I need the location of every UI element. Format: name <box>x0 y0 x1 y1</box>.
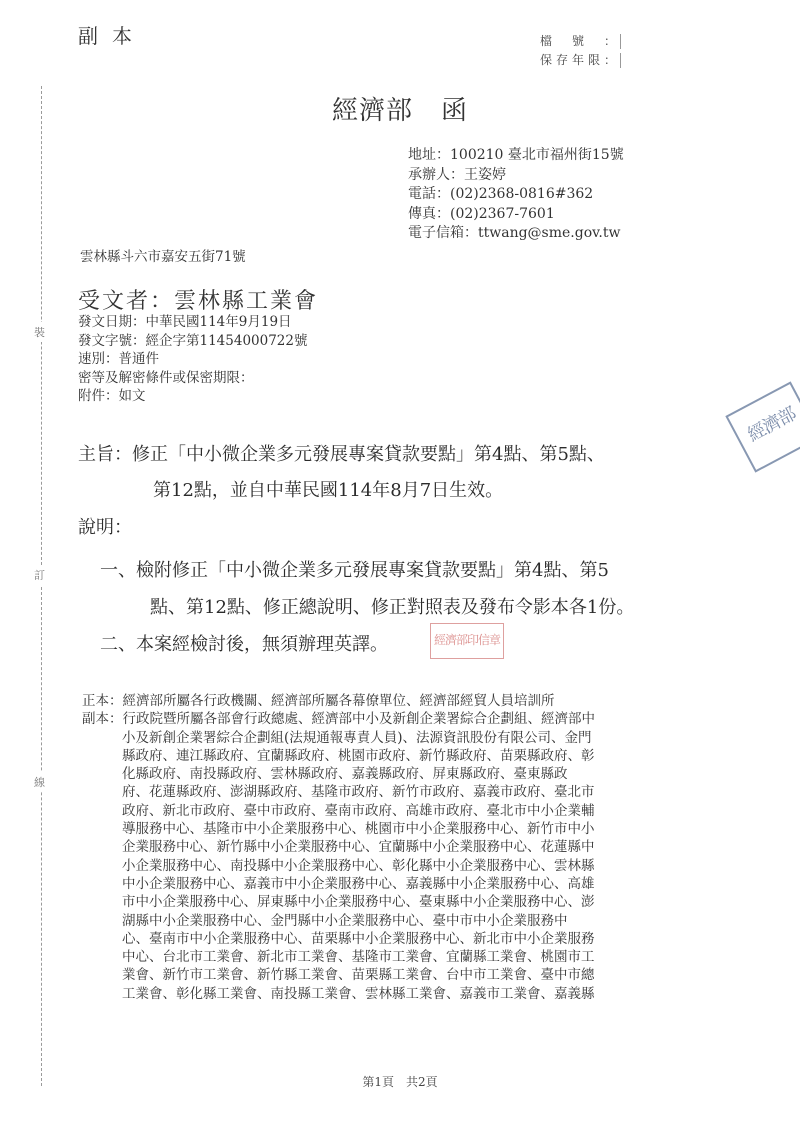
distribution-copy-line: 小及新創企業署綜合企劃組(法規通報專責人員)、法源資訊股份有限公司、金門 <box>82 729 595 747</box>
contact-phone: 電話：(02)2368-0816#362 <box>408 185 624 205</box>
binding-mark-ding: 訂 <box>34 565 45 585</box>
subject-line-1: 主旨：修正「中小微企業多元發展專案貸款要點」第4點、第5點、 <box>78 437 605 473</box>
contact-block: 地址：100210 臺北市福州街15號 承辦人：王姿婷 電話：(02)2368-… <box>408 146 624 244</box>
retention-label: 保存年限： <box>540 51 616 70</box>
distribution-main: 正本：經濟部所屬各行政機關、經濟部所屬各幕僚單位、經濟部經貿人員培訓所 <box>82 692 595 710</box>
issue-date: 發文日期：中華民國114年9月19日 <box>78 313 307 332</box>
attachment: 附件：如文 <box>78 387 307 406</box>
file-number-label: 檔號： <box>540 32 616 51</box>
confidentiality: 密等及解密條件或保密期限： <box>78 369 307 388</box>
contact-fax: 傳真：(02)2367-7601 <box>408 205 624 225</box>
distribution-copy-line: 小企業服務中心、南投縣中小企業服務中心、彰化縣中小企業服務中心、雲林縣 <box>82 857 595 875</box>
recipient: 受文者：雲林縣工業會 <box>78 284 318 315</box>
binding-line <box>41 86 42 1086</box>
explanation-item-1-line-1: 一、檢附修正「中小微企業多元發展專案貸款要點」第4點、第5 <box>100 552 634 589</box>
page-total: 共2頁 <box>406 1075 438 1089</box>
file-info: 檔號： 保存年限： <box>540 32 621 70</box>
recipient-address: 雲林縣斗六市嘉安五街71號 <box>80 245 246 265</box>
speed-class: 速別：普通件 <box>78 350 307 369</box>
document-title: 經濟部函 <box>0 90 800 127</box>
page-footer: 第1頁共2頁 <box>0 1073 800 1090</box>
doc-type: 函 <box>441 96 468 126</box>
retention-value <box>616 53 621 68</box>
distribution-copy-line: 業會、新竹市工業會、新竹縣工業會、苗栗縣工業會、台中市工業會、臺中市總 <box>82 966 595 984</box>
document-meta: 發文日期：中華民國114年9月19日 發文字號：經企字第11454000722號… <box>78 313 307 406</box>
distribution-copy-line: 縣政府、連江縣政府、宜蘭縣政府、桃園市政府、新竹縣政府、苗栗縣政府、彰 <box>82 747 595 765</box>
contact-email: 電子信箱：ttwang@sme.gov.tw <box>408 224 624 244</box>
distribution-copy-line: 心、臺南市中小企業服務中心、苗栗縣中小企業服務中心、新北市中小企業服務 <box>82 930 595 948</box>
page-number: 第1頁 <box>362 1075 394 1089</box>
explanation-item-1-line-2: 點、第12點、修正總說明、修正對照表及發布令影本各1份。 <box>100 589 634 626</box>
agency-name: 經濟部 <box>332 96 413 126</box>
distribution-copy-line: 化縣政府、南投縣政府、雲林縣政府、嘉義縣政府、屏東縣政府、臺東縣政 <box>82 765 595 783</box>
contact-handler: 承辦人：王姿婷 <box>408 166 624 186</box>
distribution-copy-line: 企業服務中心、新竹縣中小企業服務中心、宜蘭縣中小企業服務中心、花蓮縣中 <box>82 838 595 856</box>
distribution-copy-line: 府、花蓮縣政府、澎湖縣政府、基隆市政府、新竹市政府、嘉義市政府、臺北市 <box>82 783 595 801</box>
binding-mark-zhuang: 裝 <box>34 322 45 342</box>
contact-address: 地址：100210 臺北市福州街15號 <box>408 146 624 166</box>
explanation-heading: 說明： <box>78 513 132 539</box>
ministry-seal-stamp: 經濟部 <box>725 381 800 472</box>
signature-seal-stamp: 經濟部印信章 <box>430 623 504 659</box>
copy-mark: 副本 <box>78 20 146 49</box>
doc-number: 發文字號：經企字第11454000722號 <box>78 332 307 351</box>
explanation-list: 一、檢附修正「中小微企業多元發展專案貸款要點」第4點、第5 點、第12點、修正總… <box>100 552 634 663</box>
distribution-copy-line: 市中小企業服務中心、屏東縣中小企業服務中心、臺東縣中小企業服務中心、澎 <box>82 893 595 911</box>
distribution-copy-line: 副本：行政院暨所屬各部會行政總處、經濟部中小及新創企業署綜合企劃組、經濟部中 <box>82 710 595 728</box>
distribution-copy-line: 湖縣中小企業服務中心、金門縣中小企業服務中心、臺中市中小企業服務中 <box>82 912 595 930</box>
distribution-copy-line: 工業會、彰化縣工業會、南投縣工業會、雲林縣工業會、嘉義市工業會、嘉義縣 <box>82 985 595 1003</box>
explanation-item-2: 二、本案經檢討後，無須辦理英譯。 <box>100 626 634 663</box>
subject: 主旨：修正「中小微企業多元發展專案貸款要點」第4點、第5點、 第12點，並自中華… <box>78 437 605 509</box>
explanation-item-2-period: 。 <box>370 634 388 655</box>
binding-mark-xian: 線 <box>34 772 45 792</box>
explanation-item-2-text: 二、本案經檢討後，無須辦理英譯 <box>100 634 370 655</box>
subject-line-2: 第12點，並自中華民國114年8月7日生效。 <box>78 473 605 509</box>
distribution-list: 正本：經濟部所屬各行政機關、經濟部所屬各幕僚單位、經濟部經貿人員培訓所 副本：行… <box>82 692 595 1003</box>
file-number-value <box>616 34 621 49</box>
distribution-copy-line: 政府、新北市政府、臺中市政府、臺南市政府、高雄市政府、臺北市中小企業輔 <box>82 802 595 820</box>
distribution-copy-line: 中小企業服務中心、嘉義市中小企業服務中心、嘉義縣中小企業服務中心、高雄 <box>82 875 595 893</box>
distribution-copy-line: 中心、台北市工業會、新北市工業會、基隆市工業會、宜蘭縣工業會、桃園市工 <box>82 948 595 966</box>
distribution-copy-line: 導服務中心、基隆市中小企業服務中心、桃園市中小企業服務中心、新竹市中小 <box>82 820 595 838</box>
